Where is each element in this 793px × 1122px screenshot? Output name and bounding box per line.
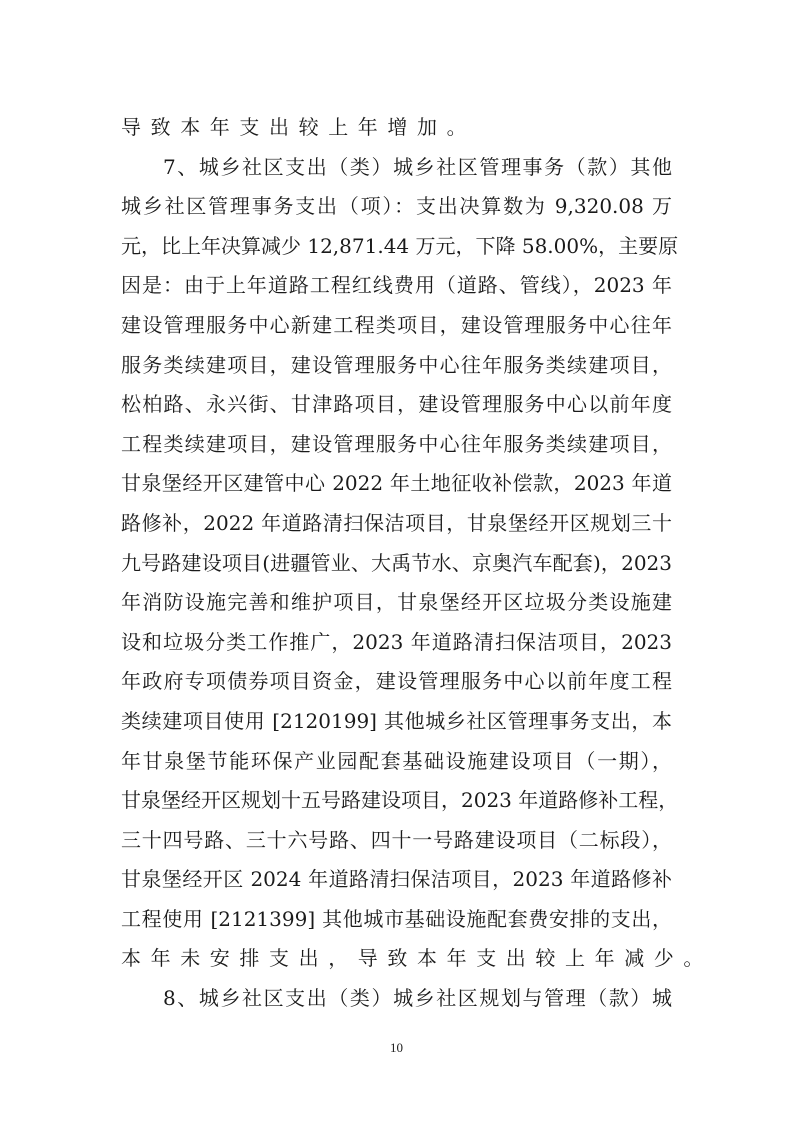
text-line: 服务类续建项目，建设管理服务中心往年服务类续建项目， — [121, 346, 672, 386]
text-line: 年政府专项债券项目资金，建设管理服务中心以前年度工程 — [121, 662, 672, 702]
page-number: 10 — [0, 1040, 793, 1056]
text-line: 甘泉堡经开区建管中心 2022 年土地征收补偿款，2023 年道 — [121, 464, 672, 504]
text-line-item-7-heading: 7、城乡社区支出（类）城乡社区管理事务（款）其他 — [121, 148, 672, 188]
text-line: 九号路建设项目(进疆管业、大禹节水、京奥汽车配套)，2023 — [121, 544, 672, 584]
text-line: 设和垃圾分类工作推广，2023 年道路清扫保洁项目，2023 — [121, 623, 672, 663]
text-line: 年消防设施完善和维护项目，甘泉堡经开区垃圾分类设施建 — [121, 583, 672, 623]
text-line: 因是：由于上年道路工程红线费用（道路、管线），2023 年 — [121, 266, 672, 306]
text-line: 年甘泉堡节能环保产业园配套基础设施建设项目（一期）， — [121, 742, 672, 782]
text-line: 甘泉堡经开区 2024 年道路清扫保洁项目，2023 年道路修补 — [121, 860, 672, 900]
text-line: 松柏路、永兴街、甘津路项目，建设管理服务中心以前年度 — [121, 385, 672, 425]
text-line: 元，比上年决算减少 12,871.44 万元，下降 58.00%，主要原 — [121, 227, 672, 267]
document-page: 导致本年支出较上年增加。 7、城乡社区支出（类）城乡社区管理事务（款）其他 城乡… — [0, 0, 793, 1122]
text-line: 工程使用 [2121399] 其他城市基础设施配套费安排的支出， — [121, 900, 672, 940]
text-line: 本年未安排支出，导致本年支出较上年减少。 — [121, 939, 672, 979]
text-line: 甘泉堡经开区规划十五号路建设项目，2023 年道路修补工程， — [121, 781, 672, 821]
text-line: 三十四号路、三十六号路、四十一号路建设项目（二标段）， — [121, 821, 672, 861]
text-line: 类续建项目使用 [2120199] 其他城乡社区管理事务支出，本 — [121, 702, 672, 742]
text-line: 导致本年支出较上年增加。 — [121, 108, 672, 148]
text-line: 路修补，2022 年道路清扫保洁项目，甘泉堡经开区规划三十 — [121, 504, 672, 544]
body-text: 导致本年支出较上年增加。 7、城乡社区支出（类）城乡社区管理事务（款）其他 城乡… — [121, 108, 672, 1019]
text-line: 工程类续建项目，建设管理服务中心往年服务类续建项目， — [121, 425, 672, 465]
text-line-item-8-heading: 8、城乡社区支出（类）城乡社区规划与管理（款）城 — [121, 979, 672, 1019]
text-line: 建设管理服务中心新建工程类项目，建设管理服务中心往年 — [121, 306, 672, 346]
text-line: 城乡社区管理事务支出（项）：支出决算数为 9,320.08 万 — [121, 187, 672, 227]
